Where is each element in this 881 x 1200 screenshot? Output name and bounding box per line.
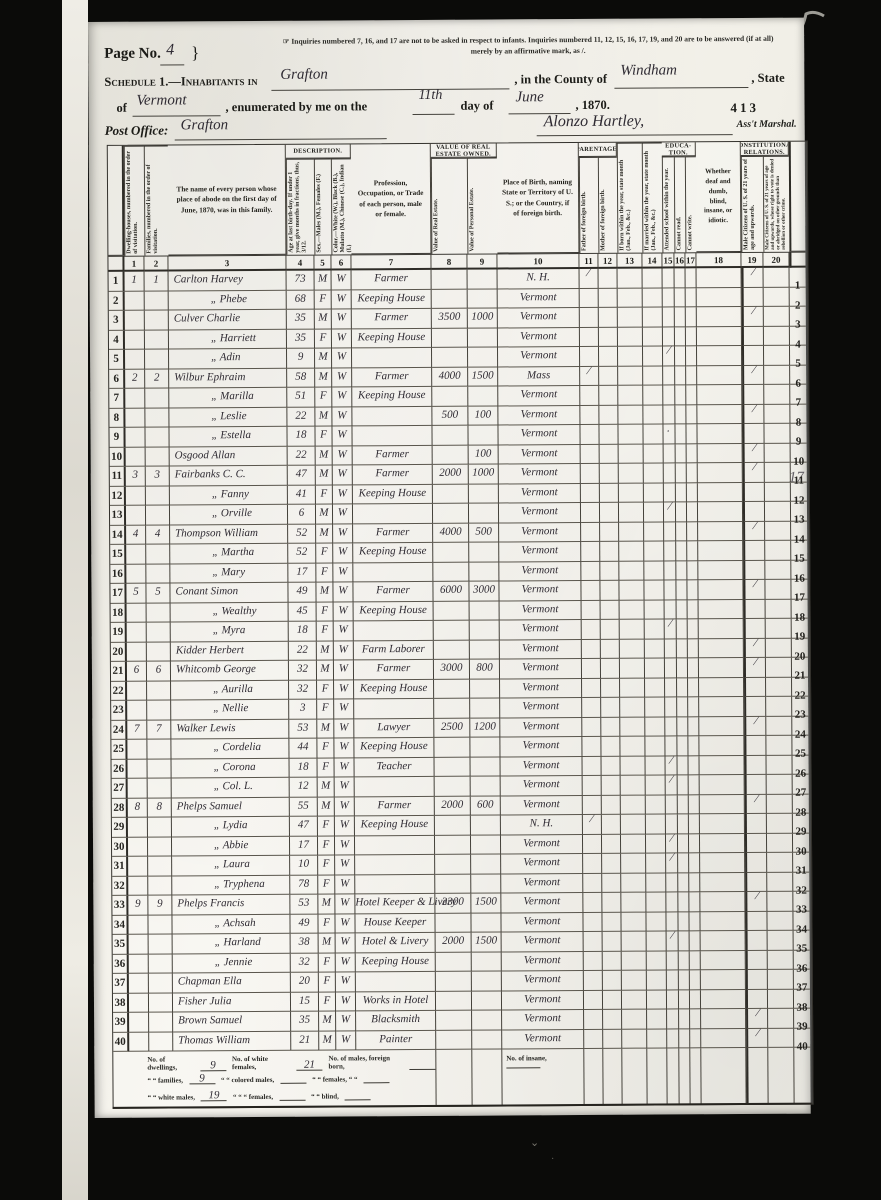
scan-speck: · [551,1154,554,1165]
totals-footer: No. of dwellings,9No. of white females,2… [113,1048,812,1108]
row-number-right: 20 [792,638,808,658]
sex-value: F [315,388,332,408]
age-value: 58 [287,368,315,388]
mark-father-foreign-birth [580,386,599,406]
instructions-note: ☞ Inquiries numbered 7, 16, and 17 are n… [263,33,793,59]
mark-father-foreign-birth [583,776,602,796]
family-number [149,935,173,955]
person-name: „ Lydia [172,817,290,837]
family-number [148,818,172,838]
personal-estate-value [472,1030,502,1050]
dwelling-number [127,681,147,701]
mark-father-foreign-birth [581,581,600,601]
person-name: „ Mary [170,563,288,583]
row-number-left: 2 [109,291,125,311]
row-number-right: 30 [793,833,809,853]
cannot-write-cell [688,756,699,776]
row-number-left: 18 [111,603,127,623]
cannot-write-cell [688,736,699,756]
born-month-cell [621,795,646,815]
cannot-write-cell [688,600,699,620]
marshal-signature: Alonzo Hartley, [544,113,645,132]
family-number [148,876,172,896]
row-number-right: 23 [792,697,808,717]
real-estate-value [433,504,469,524]
vote-denied-cell [765,580,791,600]
family-number [146,506,170,526]
row-number-left: 10 [110,447,126,467]
married-month-cell [646,853,666,873]
born-month-cell [620,678,645,698]
family-number [147,623,171,643]
mark-father-foreign-birth [580,288,599,308]
personal-estate-value: 1200 [470,718,500,738]
deaf-dumb-cell [699,619,744,639]
color-value: W [335,836,355,856]
mark-mother-foreign-birth [602,815,621,835]
total-label: No. of dwellings, [147,1055,194,1071]
age-value: 47 [290,817,318,837]
mark-mother-foreign-birth [599,308,618,328]
born-month-cell [618,366,643,386]
dwelling-number: 4 [126,525,146,545]
family-number [149,1032,173,1052]
real-estate-value [436,1030,472,1050]
deaf-dumb-cell [698,522,743,542]
color-value: W [336,1011,356,1031]
deaf-dumb-cell [700,853,745,873]
age-value: 18 [287,427,315,447]
birthplace-value: Vermont [501,834,583,854]
family-number [149,973,173,993]
totals-line-1: No. of dwellings,9No. of white females,2… [113,1054,435,1072]
cannot-read-cell [677,619,688,639]
row-number-right: 26 [792,755,808,775]
color-value: W [333,563,353,583]
married-month-cell [646,814,666,834]
personal-estate-value: 1500 [468,367,498,387]
mark-attended-school [665,639,677,659]
cannot-read-cell [678,775,689,795]
real-estate-value [436,972,472,992]
age-value: 35 [287,329,315,349]
blank-underline [537,133,733,136]
column-number: 9 [467,254,497,270]
born-month-cell [622,1029,647,1049]
cannot-write-cell [688,678,699,698]
family-number [145,350,169,370]
mark-attended-school [667,990,679,1010]
born-month-cell [622,971,647,991]
row-number-right: 1 [790,268,806,288]
row-number-left: 34 [112,915,128,935]
mark-mother-foreign-birth [601,698,620,718]
sex-value: M [317,719,334,739]
color-value: W [334,719,354,739]
vote-denied-cell [767,833,793,853]
color-value: W [332,407,352,427]
mark-male-citizen: / [744,658,766,678]
occupation-value: Keeping House [352,387,432,407]
color-value: W [332,426,352,446]
column-number: 6 [331,254,351,270]
row-number-right: 28 [793,794,809,814]
mark-father-foreign-birth: / [583,815,602,835]
color-value: W [336,992,356,1012]
personal-estate-value [470,698,500,718]
family-number: 3 [146,467,170,487]
personal-estate-value [469,542,499,562]
married-month-cell [643,385,663,405]
born-month-cell [621,912,646,932]
dwelling-number [128,915,148,935]
personal-estate-value [468,328,498,348]
col12-header: Mother of foreign birth. [598,157,618,253]
vote-denied-cell [767,794,793,814]
mark-father-foreign-birth [584,1029,603,1049]
cannot-read-cell [679,1029,690,1049]
real-estate-value [434,757,470,777]
mark-attended-school [663,366,675,386]
family-number [148,915,172,935]
page-no-value: 4 [166,41,174,59]
cannot-write-cell [689,853,700,873]
occupation-value: Keeping House [352,328,432,348]
row-number-left: 14 [110,525,126,545]
real-estate-value [434,679,470,699]
vote-denied-cell [768,931,794,951]
real-estate-value: 4000 [433,523,469,543]
birthplace-value: Vermont [499,561,581,581]
vote-denied-cell [764,307,790,327]
born-month-cell [619,444,644,464]
row-number-left: 4 [109,330,125,350]
sex-value: F [316,544,333,564]
dwelling-number [129,974,149,994]
mark-male-citizen [744,599,766,619]
married-month-cell [644,444,664,464]
person-name: Fisher Julia [173,992,291,1012]
married-month-cell [646,795,666,815]
mark-male-citizen: / [743,521,765,541]
personal-estate-value [470,679,500,699]
real-estate-value [432,289,468,309]
cannot-read-cell [678,795,689,815]
occupation-value [354,621,434,641]
total-label: “ “ females, “ “ [312,1075,357,1083]
mark-mother-foreign-birth [601,639,620,659]
row-number-left: 37 [113,974,129,994]
footer-cell [584,1049,603,1105]
real-estate-value: 3300 [435,894,471,914]
sex-value: F [317,739,334,759]
column-number: 16 [674,252,685,268]
color-value: W [334,621,354,641]
family-number [145,389,169,409]
deaf-dumb-cell [699,736,744,756]
born-month-cell [621,854,646,874]
born-month-cell [620,737,645,757]
age-value: 20 [291,973,319,993]
mark-male-citizen [745,853,767,873]
mark-mother-foreign-birth [600,561,619,581]
personal-estate-value: 1000 [469,464,499,484]
real-estate-value [436,952,472,972]
row-number-right: 21 [792,658,808,678]
cannot-read-cell [678,853,689,873]
col3-header: The name of every person whose place of … [168,145,287,256]
vote-denied-cell [767,814,793,834]
occupation-value: Teacher [355,757,435,777]
row-number-right: 35 [794,931,810,951]
birthplace-value: Vermont [502,932,584,952]
person-name: „ Orville [170,505,288,525]
mark-father-foreign-birth [583,912,602,932]
occupation-value: Hotel Keeper & Livery [355,894,435,914]
deaf-dumb-cell [700,873,745,893]
person-name: „ Jennie [173,953,291,973]
age-value: 53 [289,719,317,739]
mark-male-citizen: / [746,1028,768,1048]
birthplace-value: Vermont [500,717,582,737]
family-number [149,1012,173,1032]
cannot-read-cell [677,678,688,698]
color-value: W [335,758,355,778]
row-number-left: 11 [110,467,126,487]
person-name: „ Cordelia [171,739,289,759]
personal-estate-value [471,874,501,894]
row-number-right: 15 [791,541,807,561]
total-label: “ “ “ females, [233,1093,273,1101]
vote-denied-cell [764,404,790,424]
personal-estate-value [471,815,501,835]
cannot-write-cell [690,970,701,990]
sex-value: F [315,427,332,447]
born-month-cell [618,308,643,328]
mark-attended-school [666,873,678,893]
schedule-title: Schedule 1.—Inhabitants in [104,74,257,90]
deaf-dumb-cell [700,775,745,795]
row-number-right: 38 [794,989,810,1009]
dwelling-number [125,291,145,311]
deaf-dumb-cell [697,385,742,405]
real-estate-value [435,816,471,836]
married-month-cell [644,463,664,483]
dwelling-number [129,1032,149,1052]
day-value: 11th [418,88,442,104]
row-number-left: 32 [112,876,128,896]
deaf-dumb-cell [697,366,742,386]
vote-denied-cell [767,892,793,912]
married-month-cell [647,1029,667,1049]
person-name: Fairbanks C. C. [170,466,288,486]
deaf-dumb-cell [700,912,745,932]
total-value: 9 [200,1060,226,1071]
vote-denied-cell [766,697,792,717]
sex-value: F [318,856,335,876]
personal-estate-value: 100 [469,445,499,465]
dwelling-number [126,506,146,526]
occupation-value [352,426,432,446]
column-number: 13 [617,253,642,269]
personal-estate-value [469,503,499,523]
footer-cell [701,1048,746,1104]
dwelling-number [127,623,147,643]
color-value: W [334,699,354,719]
row-number-left: 30 [112,837,128,857]
vote-denied-cell [767,911,793,931]
real-estate-value [435,874,471,894]
vote-denied-cell [767,775,793,795]
occupation-value [355,835,435,855]
family-number: 6 [147,662,171,682]
deaf-dumb-cell [698,463,743,483]
vote-denied-cell [766,638,792,658]
dwelling-number: 3 [126,467,146,487]
schedule-mid: , in the County of [514,72,607,88]
personal-estate-value [472,991,502,1011]
dwelling-number: 6 [127,662,147,682]
deaf-dumb-cell [699,717,744,737]
post-office-label: Post Office: [105,123,169,139]
total-value [409,1069,435,1070]
sex-value: F [318,817,335,837]
row-number-right: 37 [794,970,810,990]
row-number-right: 32 [793,872,809,892]
state-value: Vermont [136,92,186,109]
mark-mother-foreign-birth [599,405,618,425]
birthplace-value: Vermont [501,893,583,913]
row-number-right: 36 [794,950,810,970]
total-value: 9 [189,1073,215,1084]
mark-attended-school: / [664,502,676,522]
family-number [145,311,169,331]
mark-male-citizen: / [745,892,767,912]
mark-mother-foreign-birth [602,912,621,932]
occupation-value: Painter [356,1030,436,1050]
age-value: 51 [287,388,315,408]
birthplace-value: Vermont [502,971,584,991]
row-number-right: 33 [793,892,809,912]
sex-value: F [319,953,336,973]
dwelling-number [126,486,146,506]
married-month-cell [647,990,667,1010]
cannot-write-cell [690,951,701,971]
dwelling-number [125,428,145,448]
family-number [145,408,169,428]
row-number-left: 25 [111,740,127,760]
cannot-read-cell [676,444,687,464]
mark-attended-school: . [663,424,675,444]
mark-father-foreign-birth [580,425,599,445]
col1-header: Dwelling-houses, numbered in the order o… [124,146,145,256]
person-name: „ Harland [173,934,291,954]
column-number: 5 [314,255,331,271]
vote-denied-cell [765,560,791,580]
dwelling-number [129,1013,149,1033]
row-number-left: 36 [113,954,129,974]
age-value: 52 [288,544,316,564]
cannot-write-cell [687,561,698,581]
deaf-dumb-cell [700,892,745,912]
deaf-dumb-cell [701,1028,746,1048]
cannot-read-cell [678,912,689,932]
age-value: 32 [289,661,317,681]
vote-denied-cell [768,989,794,1009]
vote-denied-cell [768,1009,794,1029]
mark-father-foreign-birth [581,561,600,581]
mark-male-citizen: / [743,463,765,483]
cannot-read-cell [679,951,690,971]
born-month-cell [620,620,645,640]
person-name: „ Myra [171,622,289,642]
birthplace-value: Vermont [501,854,583,874]
mark-attended-school [665,658,677,678]
person-name: „ Laura [172,856,290,876]
mark-mother-foreign-birth [600,444,619,464]
vote-denied-cell [767,853,793,873]
born-month-cell [621,873,646,893]
family-number [148,759,172,779]
color-value: W [334,738,354,758]
personal-estate-value: 3000 [469,581,499,601]
mark-father-foreign-birth [580,327,599,347]
row-number-left: 13 [110,506,126,526]
mark-mother-foreign-birth [599,347,618,367]
cannot-read-cell [678,873,689,893]
married-month-cell [646,775,666,795]
occupation-value: Keeping House [356,952,436,972]
age-value: 18 [289,622,317,642]
mark-male-citizen: / [745,794,767,814]
mark-father-foreign-birth [581,503,600,523]
cannot-write-cell [690,990,701,1010]
personal-estate-value [468,270,498,290]
row-number-right: 7 [790,385,806,405]
sex-value: F [316,563,333,583]
occupation-value [353,504,433,524]
age-value: 22 [289,641,317,661]
occupation-value: Keeping House [352,289,432,309]
born-month-cell [621,776,646,796]
birthplace-value: Vermont [499,542,581,562]
row-number-left: 5 [109,350,125,370]
mark-father-foreign-birth: / [580,269,599,289]
mark-mother-foreign-birth [601,737,620,757]
mark-mother-foreign-birth [603,1010,622,1030]
real-estate-value [434,640,470,660]
insane-value [506,1067,540,1068]
person-name: Phelps Samuel [172,797,290,817]
real-estate-value [435,777,471,797]
mark-male-citizen [745,833,767,853]
dwelling-number [125,389,145,409]
occupation-value [356,972,436,992]
married-month-cell [645,678,665,698]
age-value: 3 [289,700,317,720]
cannot-write-cell [689,834,700,854]
age-value: 12 [290,778,318,798]
age-value: 78 [290,875,318,895]
deaf-dumb-cell [697,268,742,288]
cannot-write-cell [686,346,697,366]
row-number-left: 38 [113,993,129,1013]
cannot-write-cell [688,658,699,678]
born-month-cell [618,405,643,425]
married-month-cell [646,834,666,854]
age-value: 15 [291,992,319,1012]
mark-father-foreign-birth [584,990,603,1010]
